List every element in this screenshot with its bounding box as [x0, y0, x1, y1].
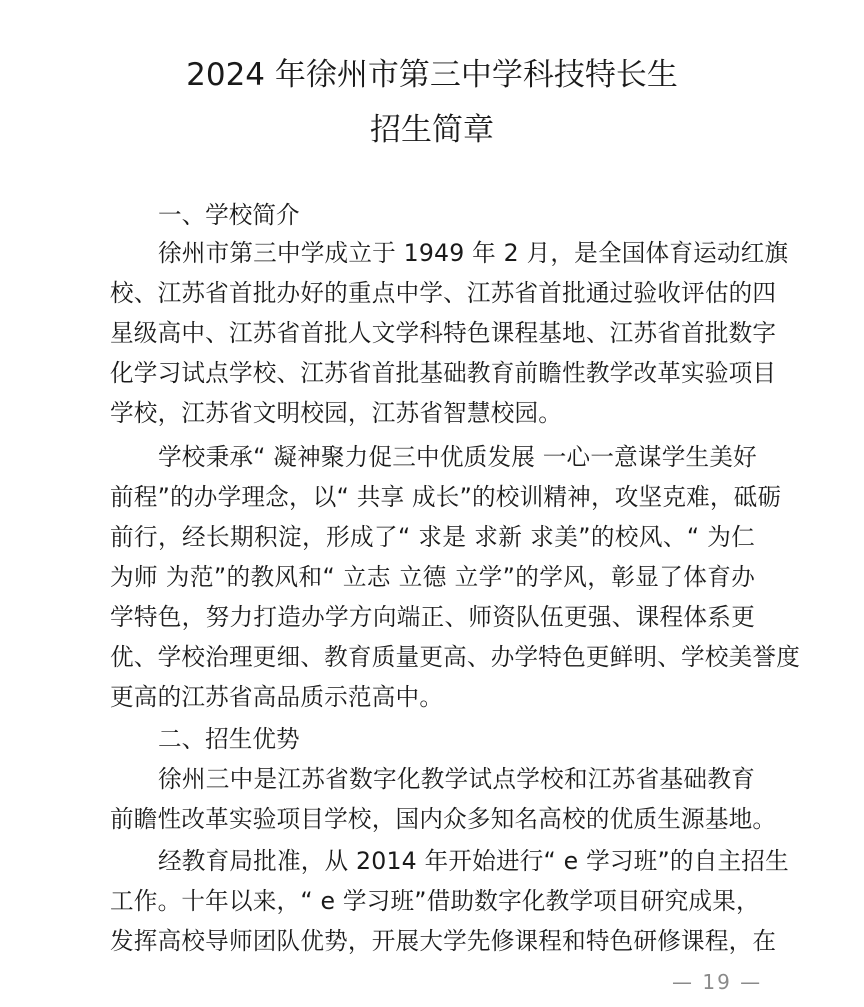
paragraph-line: 工作。十年以来，“ e 学习班”借助数字化教学项目研究成果， — [110, 886, 755, 916]
paragraph-line: 前程”的办学理念，以“ 共享 成长”的校训精神，攻坚克难，砥砺 — [110, 482, 755, 512]
paragraph-line: 星级高中、江苏省首批人文学科特色课程基地、江苏省首批数字 — [110, 318, 755, 348]
paragraph-line: 优、学校治理更细、教育质量更高、办学特色更鲜明、学校美誉度 — [110, 642, 755, 672]
paragraph-line: 为师 为范”的教风和“ 立志 立德 立学”的学风，彰显了体育办 — [110, 562, 755, 592]
paragraph-line: 经教育局批准，从 2014 年开始进行“ e 学习班”的自主招生 — [158, 846, 755, 876]
paragraph-line: 学校秉承“ 凝神聚力促三中优质发展 一心一意谋学生美好 — [158, 442, 755, 472]
paragraph-line: 学特色，努力打造办学方向端正、师资队伍更强、课程体系更 — [110, 602, 755, 632]
paragraph-line: 前瞻性改革实验项目学校，国内众多知名高校的优质生源基地。 — [110, 804, 755, 834]
paragraph-line: 校、江苏省首批办好的重点中学、江苏省首批通过验收评估的四 — [110, 278, 755, 308]
paragraph-line: 化学习试点学校、江苏省首批基础教育前瞻性教学改革实验项目 — [110, 358, 755, 388]
section-heading-enrollment-advantages: 二、招生优势 — [158, 724, 300, 754]
paragraph-line: 学校，江苏省文明校园，江苏省智慧校园。 — [110, 398, 755, 428]
paragraph-line: 徐州市第三中学成立于 1949 年 2 月，是全国体育运动红旗 — [158, 238, 755, 268]
document-title-line1: 2024 年徐州市第三中学科技特长生 — [0, 55, 864, 95]
paragraph-line: 发挥高校导师团队优势，开展大学先修课程和特色研修课程，在 — [110, 926, 755, 956]
paragraph-line: 徐州三中是江苏省数字化教学试点学校和江苏省基础教育 — [158, 764, 755, 794]
page-number: — 19 — — [672, 968, 762, 996]
paragraph-line: 更高的江苏省高品质示范高中。 — [110, 682, 755, 712]
section-heading-school-intro: 一、学校简介 — [158, 200, 300, 230]
paragraph-line: 前行，经长期积淀，形成了“ 求是 求新 求美”的校风、“ 为仁 — [110, 522, 755, 552]
document-title-line2: 招生简章 — [0, 110, 864, 150]
document-page: 2024 年徐州市第三中学科技特长生 招生简章 一、学校简介 徐州市第三中学成立… — [0, 0, 864, 1007]
